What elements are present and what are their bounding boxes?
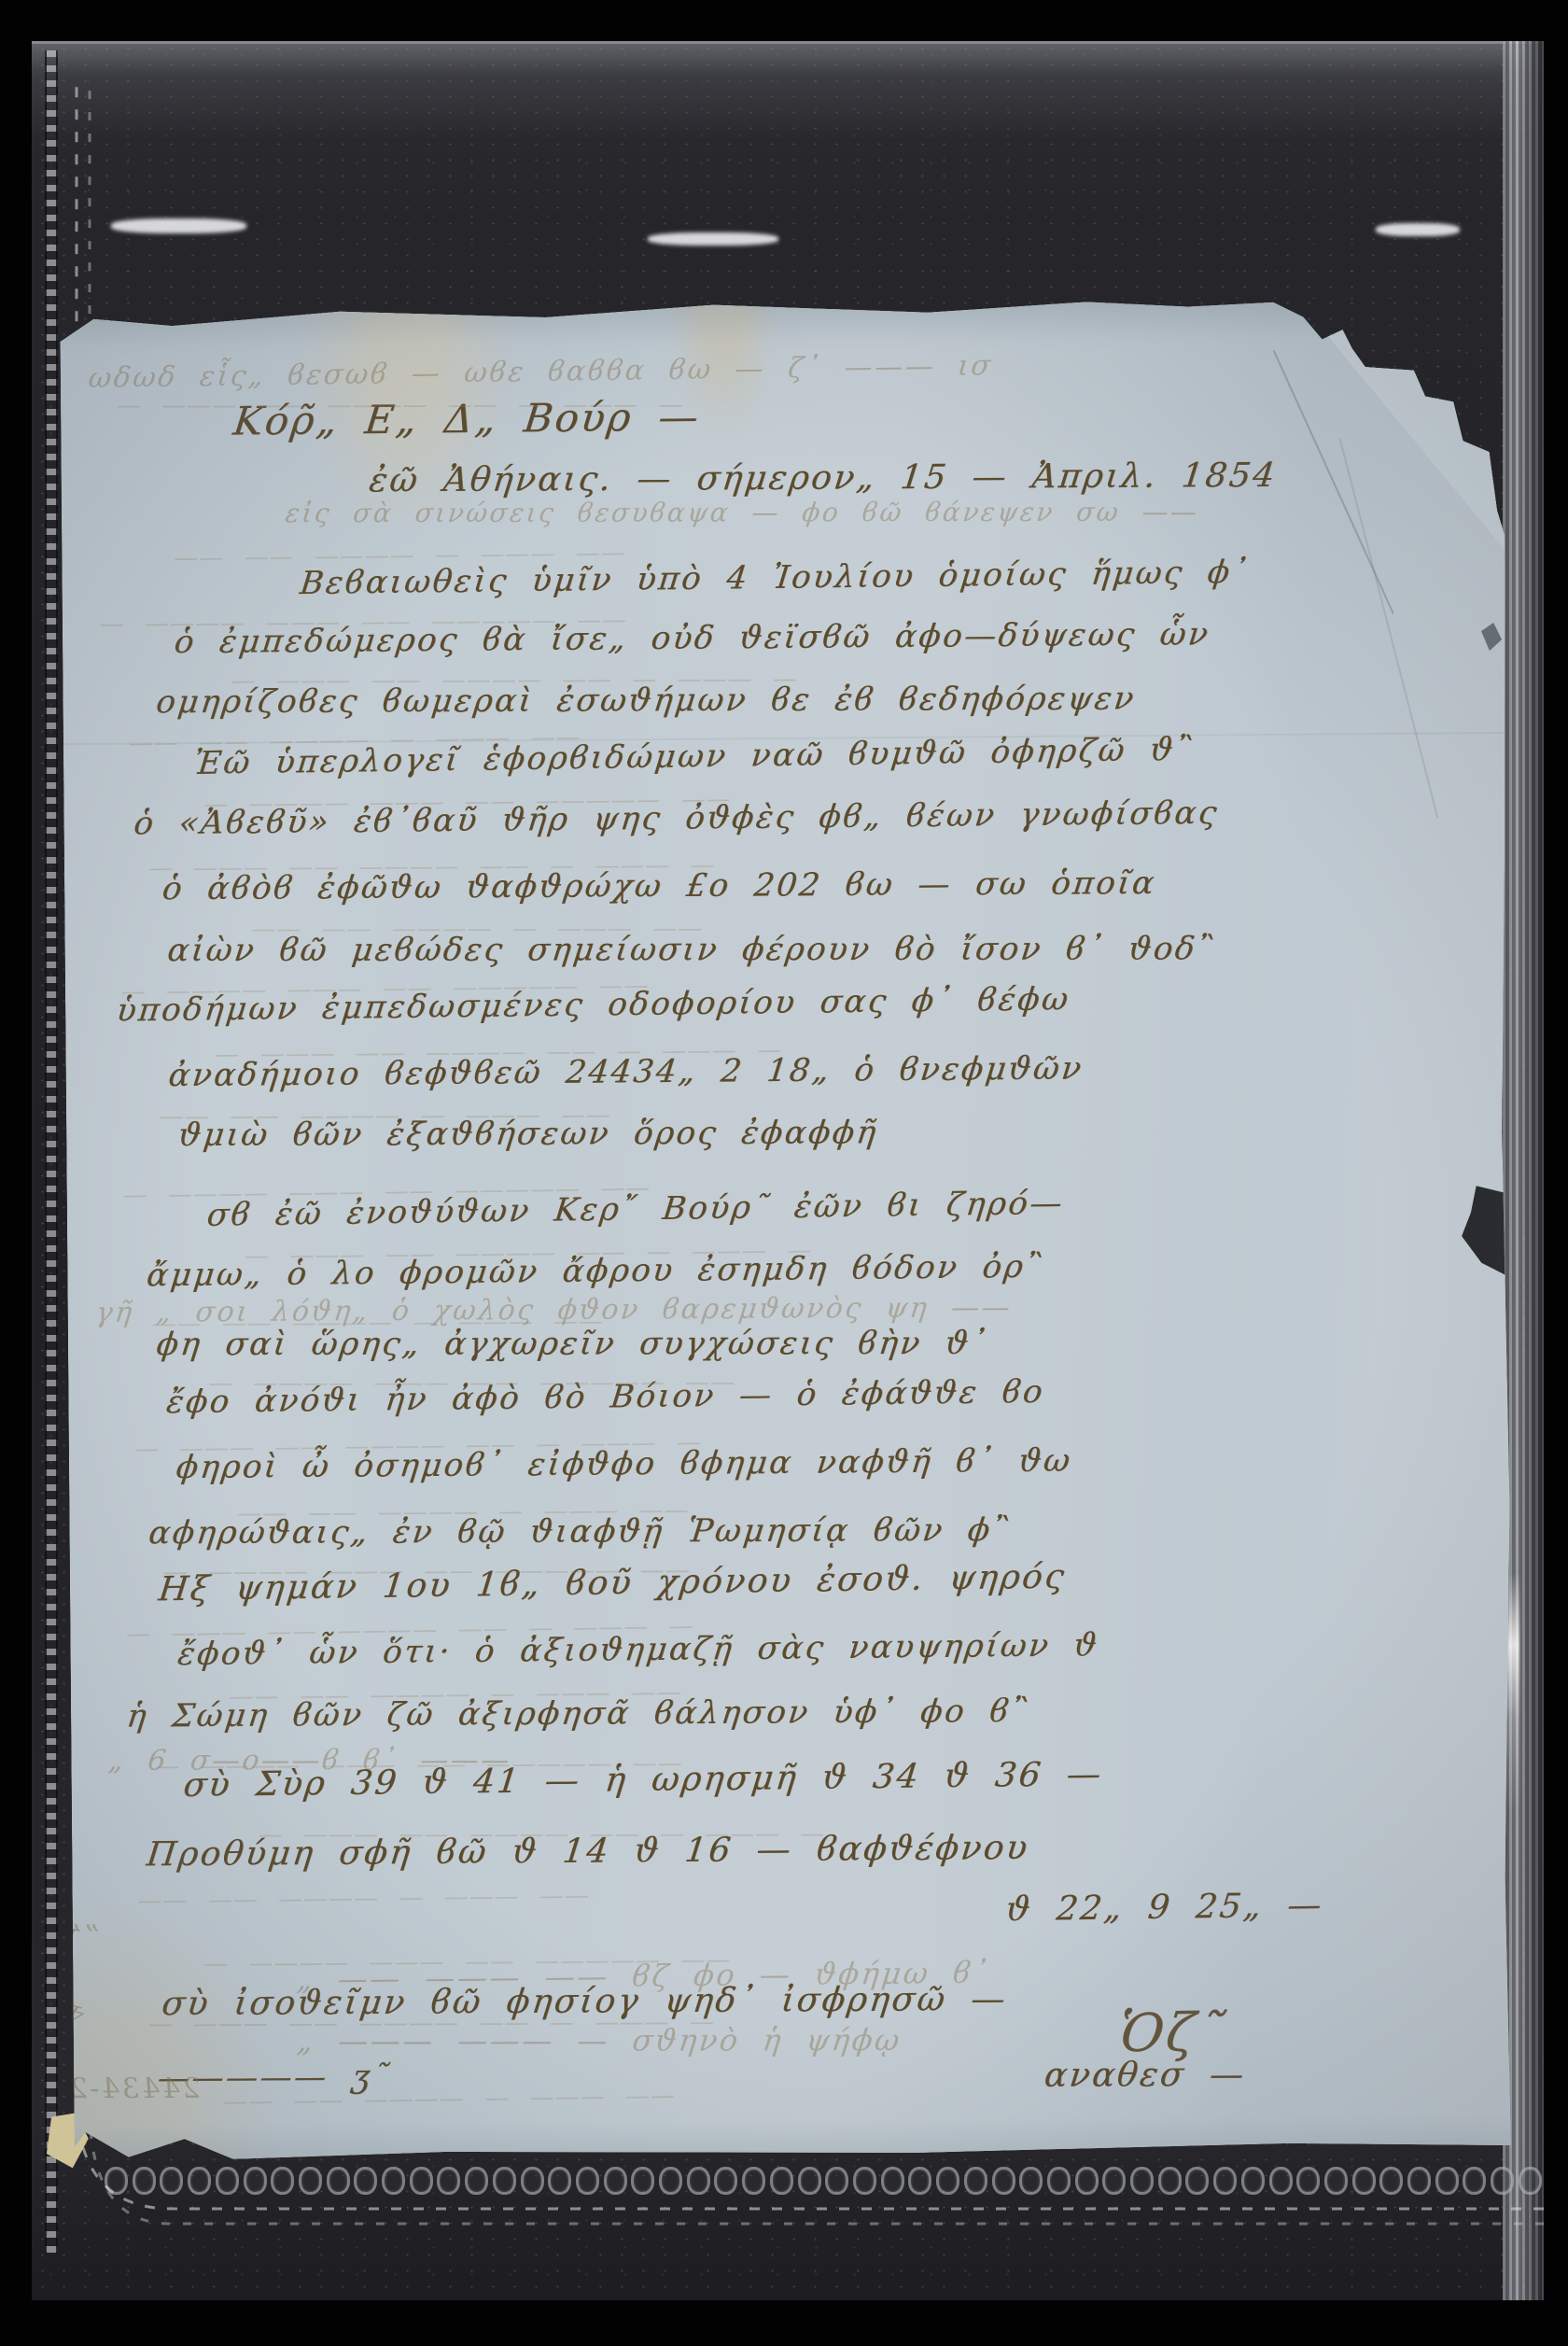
paper-edge-shading (60, 291, 1518, 2162)
letter-paper: ωδωδ εἷς„ ϐεσωϐ — ωϐε ϐαϐϐα ϐω — ζ᾽ ——— … (60, 291, 1518, 2162)
scanned-letter-photo: ωδωδ εἷς„ ϐεσωϐ — ωϐε ϐαϐϐα ϐω — ζ᾽ ——— … (0, 0, 1568, 2346)
